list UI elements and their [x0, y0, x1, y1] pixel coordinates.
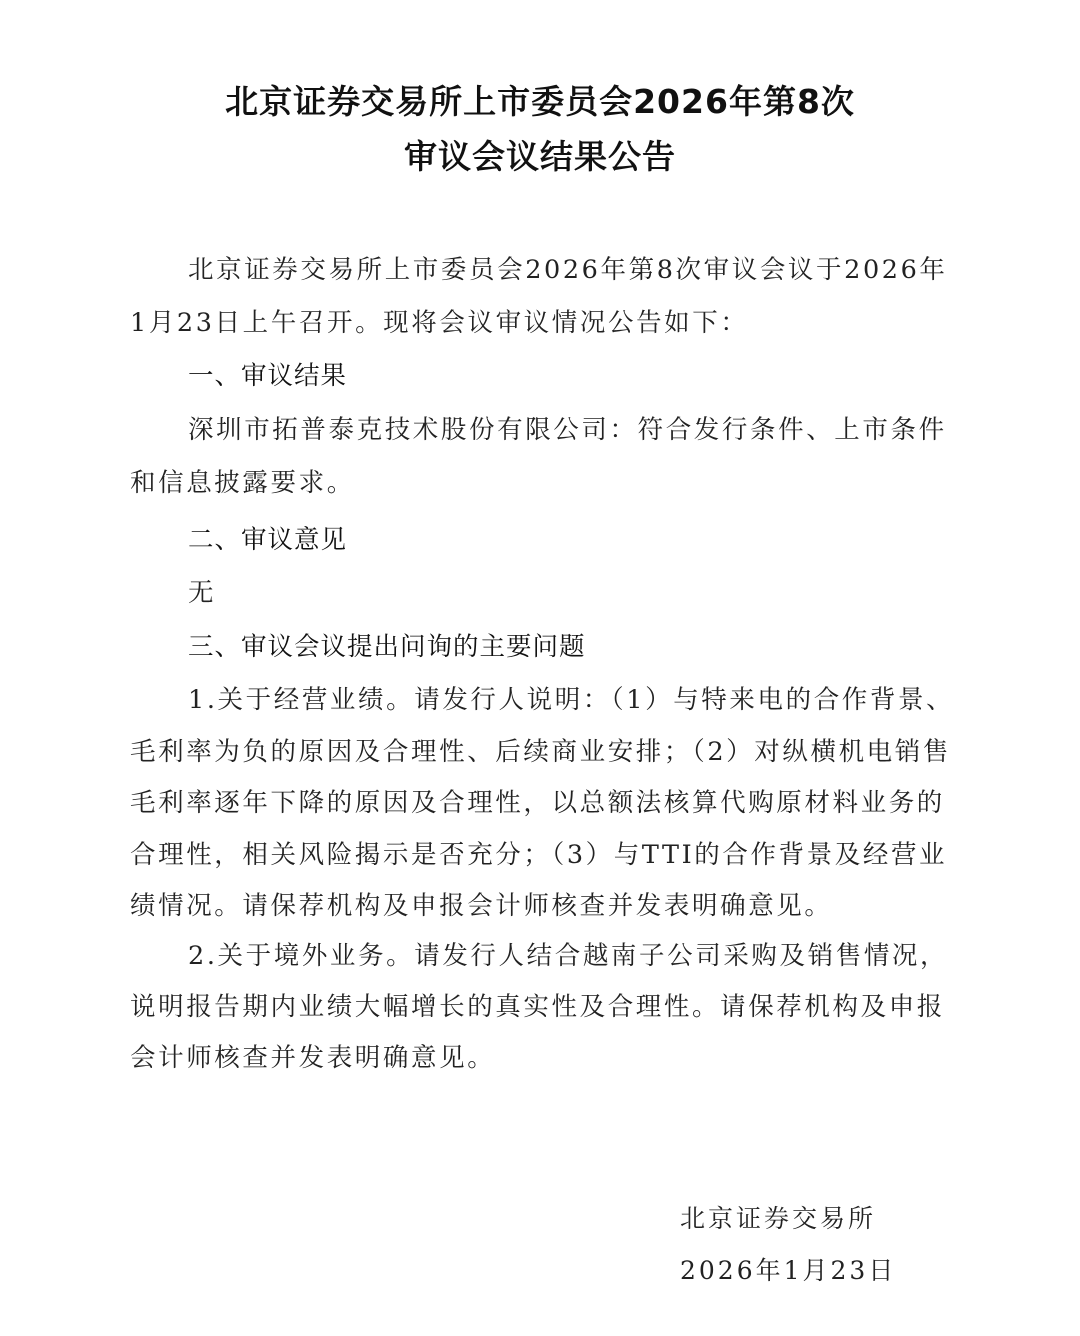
section-heading-questions: 三、审议会议提出问询的主要问题 [188, 627, 586, 667]
intro-line-2: 1月23日上午召开。现将会议审议情况公告如下： [130, 303, 748, 343]
signature-organization: 北京证券交易所 [680, 1199, 876, 1239]
opinion-line-1: 无 [188, 573, 216, 613]
result-line-1: 深圳市拓普泰克技术股份有限公司：符合发行条件、上市条件 [188, 410, 947, 450]
question-1-line-2: 毛利率为负的原因及合理性、后续商业安排；（2）对纵横机电销售 [130, 732, 951, 772]
question-2-line-1: 2.关于境外业务。请发行人结合越南子公司采购及销售情况， [188, 936, 948, 976]
question-1-line-1: 1.关于经营业绩。请发行人说明：（1）与特来电的合作背景、 [188, 680, 954, 720]
document-title-line-2: 审议会议结果公告 [0, 129, 1080, 185]
intro-line-1: 北京证券交易所上市委员会2026年第8次审议会议于2026年 [188, 250, 948, 290]
question-2-line-2: 说明报告期内业绩大幅增长的真实性及合理性。请保荐机构及申报 [130, 987, 945, 1027]
question-1-line-5: 绩情况。请保荐机构及申报会计师核查并发表明确意见。 [130, 886, 833, 926]
section-heading-result: 一、审议结果 [188, 356, 347, 396]
question-2-line-3: 会计师核查并发表明确意见。 [130, 1038, 495, 1078]
signature-date: 2026年1月23日 [680, 1251, 896, 1291]
result-line-2: 和信息披露要求。 [130, 463, 355, 503]
document-title-line-1: 北京证券交易所上市委员会2026年第8次 [0, 74, 1080, 130]
question-1-line-3: 毛利率逐年下降的原因及合理性，以总额法核算代购原材料业务的 [130, 783, 945, 823]
question-1-line-4: 合理性，相关风险揭示是否充分；（3）与TTI的合作背景及经营业 [130, 835, 947, 875]
section-heading-opinion: 二、审议意见 [188, 520, 347, 560]
